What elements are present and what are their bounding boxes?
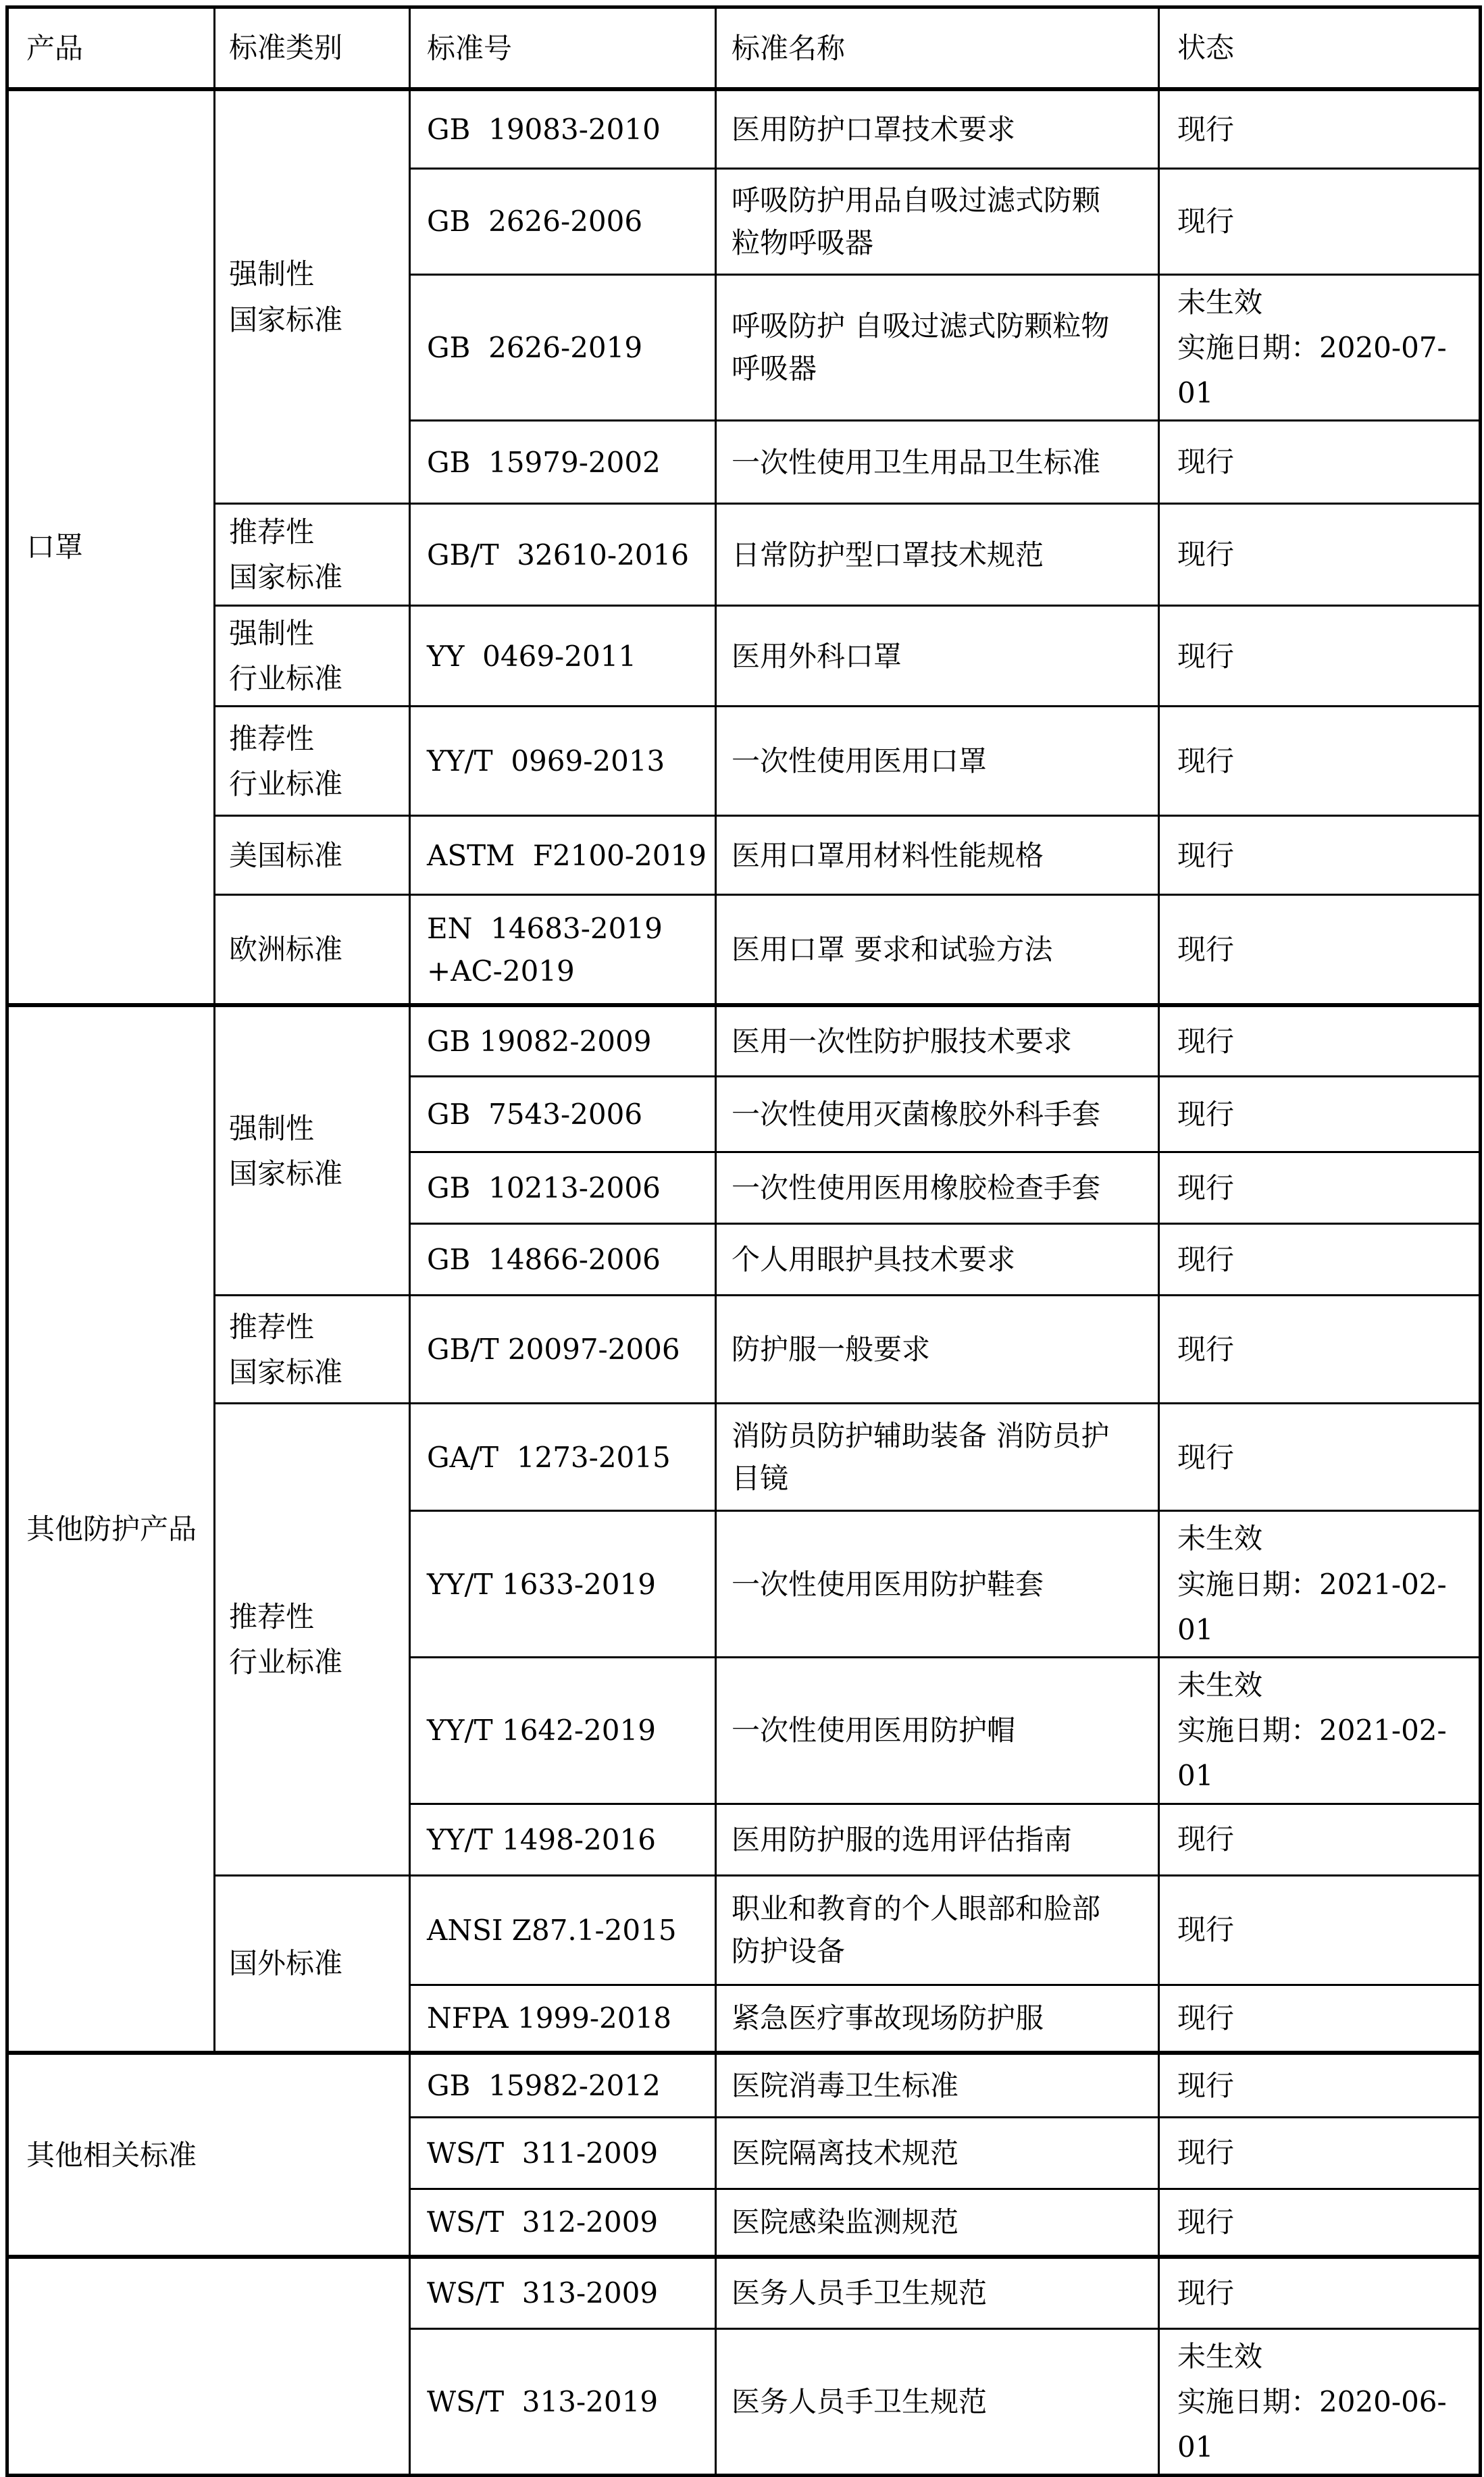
standards-table: 产品 标准类别 标准号 标准名称 状态 口罩 强制性 国家标准 GB 19083… [5,5,1482,2477]
standard-name-cell: 医用外科口罩 [716,606,1159,707]
standard-name-cell: 呼吸防护用品自吸过滤式防颗粒物呼吸器 [716,168,1159,274]
standard-number-cell: GB/T 32610-2016 [410,504,716,606]
standard-name-cell: 一次性使用医用口罩 [716,707,1159,816]
standard-name-cell: 呼吸防护 自吸过滤式防颗粒物呼吸器 [716,274,1159,421]
standard-name-cell: 医院感染监测规范 [716,2189,1159,2257]
header-product: 产品 [7,7,215,90]
standard-number-cell: YY/T 0969-2013 [410,707,716,816]
standard-number-cell: YY 0469-2011 [410,606,716,707]
standard-number-cell: NFPA 1999-2018 [410,1985,716,2053]
status-cell: 现行 [1159,707,1481,816]
table-row: 推荐性 国家标准 GB/T 20097-2006 防护服一般要求 现行 [7,1296,1481,1404]
standard-number-cell: GB 19083-2010 [410,89,716,168]
status-cell: 现行 [1159,1005,1481,1077]
status-cell: 现行 [1159,895,1481,1005]
standard-name-cell: 消防员防护辅助装备 消防员护目镜 [716,1404,1159,1511]
header-standard-name: 标准名称 [716,7,1159,90]
standard-name-cell: 医用防护服的选用评估指南 [716,1804,1159,1875]
table-row: WS/T 313-2009 医务人员手卫生规范 现行 [7,2257,1481,2328]
status-cell: 现行 [1159,168,1481,274]
standard-number-cell: GB 10213-2006 [410,1152,716,1224]
status-cell: 现行 [1159,2189,1481,2257]
standard-name-cell: 医务人员手卫生规范 [716,2257,1159,2328]
standard-number-cell: WS/T 313-2019 [410,2328,716,2476]
product-cell: 口罩 [7,89,215,1005]
category-cell: 推荐性 行业标准 [215,707,410,816]
status-cell: 现行 [1159,1152,1481,1224]
category-cell: 强制性 国家标准 [215,1005,410,1296]
table-row: 欧洲标准 EN 14683-2019 +AC-2019 医用口罩 要求和试验方法… [7,895,1481,1005]
standard-name-cell: 紧急医疗事故现场防护服 [716,1985,1159,2053]
standard-name-cell: 一次性使用卫生用品卫生标准 [716,421,1159,504]
status-cell: 现行 [1159,816,1481,895]
table-row: 国外标准 ANSI Z87.1-2015 职业和教育的个人眼部和脸部防护设备 现… [7,1875,1481,1985]
standard-name-cell: 医务人员手卫生规范 [716,2328,1159,2476]
standard-name-cell: 一次性使用灭菌橡胶外科手套 [716,1077,1159,1152]
header-standard-number: 标准号 [410,7,716,90]
status-cell: 现行 [1159,89,1481,168]
standard-name-cell: 医用防护口罩技术要求 [716,89,1159,168]
standard-number-cell: WS/T 313-2009 [410,2257,716,2328]
status-cell: 现行 [1159,606,1481,707]
status-cell: 现行 [1159,1077,1481,1152]
category-cell: 欧洲标准 [215,895,410,1005]
status-cell: 现行 [1159,421,1481,504]
status-cell: 未生效 实施日期：2020-06-01 [1159,2328,1481,2476]
product-cell: 其他防护产品 [7,1005,215,2053]
status-cell: 未生效 实施日期：2021-02-01 [1159,1658,1481,1804]
standard-number-cell: GB 7543-2006 [410,1077,716,1152]
standard-name-cell: 医用口罩 要求和试验方法 [716,895,1159,1005]
table-row: 推荐性 行业标准 GA/T 1273-2015 消防员防护辅助装备 消防员护目镜… [7,1404,1481,1511]
standard-name-cell: 防护服一般要求 [716,1296,1159,1404]
standard-number-cell: ANSI Z87.1-2015 [410,1875,716,1985]
category-cell: 推荐性 国家标准 [215,1296,410,1404]
status-cell: 现行 [1159,1985,1481,2053]
product-cell [7,2257,410,2476]
table-row: 推荐性 国家标准 GB/T 32610-2016 日常防护型口罩技术规范 现行 [7,504,1481,606]
standard-number-cell: GB 2626-2019 [410,274,716,421]
table-header-row: 产品 标准类别 标准号 标准名称 状态 [7,7,1481,90]
standard-number-cell: GB 19082-2009 [410,1005,716,1077]
header-status: 状态 [1159,7,1481,90]
status-cell: 现行 [1159,1296,1481,1404]
standard-name-cell: 个人用眼护具技术要求 [716,1224,1159,1296]
standard-name-cell: 一次性使用医用防护鞋套 [716,1511,1159,1658]
status-cell: 现行 [1159,2117,1481,2189]
status-cell: 现行 [1159,1404,1481,1511]
category-cell: 强制性 行业标准 [215,606,410,707]
document-page: { "header": { "product": "产品", "category… [0,0,1484,2326]
table-row: 美国标准 ASTM F2100-2019 医用口罩用材料性能规格 现行 [7,816,1481,895]
standard-number-cell: GB 2626-2006 [410,168,716,274]
table-row: 推荐性 行业标准 YY/T 0969-2013 一次性使用医用口罩 现行 [7,707,1481,816]
category-cell: 美国标准 [215,816,410,895]
status-cell: 现行 [1159,2053,1481,2117]
standard-number-cell: YY/T 1498-2016 [410,1804,716,1875]
status-cell: 现行 [1159,1804,1481,1875]
standard-number-cell: WS/T 312-2009 [410,2189,716,2257]
standard-number-cell: GA/T 1273-2015 [410,1404,716,1511]
standard-name-cell: 一次性使用医用橡胶检查手套 [716,1152,1159,1224]
standard-number-cell: GB 15982-2012 [410,2053,716,2117]
standard-name-cell: 医用一次性防护服技术要求 [716,1005,1159,1077]
standard-number-cell: GB/T 20097-2006 [410,1296,716,1404]
standard-number-cell: YY/T 1642-2019 [410,1658,716,1804]
category-cell: 国外标准 [215,1875,410,2053]
standard-name-cell: 一次性使用医用防护帽 [716,1658,1159,1804]
table-row: 其他防护产品 强制性 国家标准 GB 19082-2009 医用一次性防护服技术… [7,1005,1481,1077]
status-cell: 现行 [1159,2257,1481,2328]
status-cell: 现行 [1159,504,1481,606]
category-cell: 强制性 国家标准 [215,89,410,504]
product-cell: 其他相关标准 [7,2053,410,2257]
status-cell: 未生效 实施日期：2021-02-01 [1159,1511,1481,1658]
status-cell: 现行 [1159,1224,1481,1296]
standard-number-cell: GB 14866-2006 [410,1224,716,1296]
category-cell: 推荐性 行业标准 [215,1404,410,1875]
standard-number-cell: YY/T 1633-2019 [410,1511,716,1658]
standard-name-cell: 医院隔离技术规范 [716,2117,1159,2189]
table-row: 强制性 行业标准 YY 0469-2011 医用外科口罩 现行 [7,606,1481,707]
standard-number-cell: GB 15979-2002 [410,421,716,504]
status-cell: 未生效 实施日期：2020-07-01 [1159,274,1481,421]
standard-name-cell: 日常防护型口罩技术规范 [716,504,1159,606]
table-row: 其他相关标准 GB 15982-2012 医院消毒卫生标准 现行 [7,2053,1481,2117]
standard-name-cell: 职业和教育的个人眼部和脸部防护设备 [716,1875,1159,1985]
standard-number-cell: WS/T 311-2009 [410,2117,716,2189]
header-category: 标准类别 [215,7,410,90]
standard-number-cell: ASTM F2100-2019 [410,816,716,895]
table-row: 口罩 强制性 国家标准 GB 19083-2010 医用防护口罩技术要求 现行 [7,89,1481,168]
standard-name-cell: 医用口罩用材料性能规格 [716,816,1159,895]
category-cell: 推荐性 国家标准 [215,504,410,606]
standard-number-cell: EN 14683-2019 +AC-2019 [410,895,716,1005]
standard-name-cell: 医院消毒卫生标准 [716,2053,1159,2117]
status-cell: 现行 [1159,1875,1481,1985]
